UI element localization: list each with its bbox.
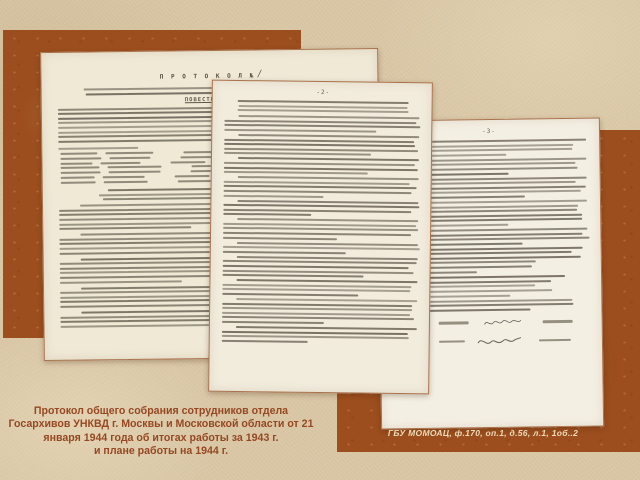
text-line bbox=[223, 223, 416, 227]
page-number: -2- bbox=[225, 88, 422, 97]
text-line bbox=[224, 185, 417, 189]
document-page-2: -2- bbox=[208, 80, 433, 395]
text-line bbox=[223, 236, 337, 239]
document-page-2-content: -2- bbox=[221, 88, 422, 387]
text-line bbox=[223, 208, 411, 212]
text-line bbox=[237, 199, 418, 203]
text-line bbox=[224, 166, 418, 170]
text-line bbox=[222, 302, 412, 306]
paragraph-lines bbox=[223, 199, 420, 217]
text-line bbox=[236, 298, 417, 302]
attendee-name bbox=[100, 161, 140, 163]
text-line bbox=[60, 324, 216, 328]
paragraph-lines bbox=[223, 176, 420, 199]
text-line bbox=[223, 227, 418, 231]
text-line bbox=[222, 312, 410, 316]
slide-caption: Протокол общего собрания сотрудников отд… bbox=[0, 405, 322, 459]
attendee-name bbox=[109, 156, 150, 159]
text-line bbox=[224, 129, 376, 133]
protocol-number-mark: / bbox=[255, 69, 261, 79]
text-line bbox=[223, 251, 346, 254]
attendee-name bbox=[61, 182, 96, 184]
text-line bbox=[237, 218, 418, 222]
paragraph-lines bbox=[223, 241, 420, 255]
text-line bbox=[59, 226, 191, 230]
text-line bbox=[223, 232, 411, 236]
text-line bbox=[405, 200, 587, 205]
slide-background: -3- П Р О Т О К О Л № / bbox=[0, 0, 640, 480]
text-line bbox=[222, 293, 358, 297]
text-line bbox=[224, 190, 412, 194]
archive-reference: ГБУ МОМОАЦ, ф.170, оп.1, д.56, л.1, 1об.… bbox=[338, 428, 628, 438]
attendee-name bbox=[109, 171, 161, 174]
text-line bbox=[223, 265, 409, 269]
text-line bbox=[223, 260, 417, 264]
typed-name-bracket bbox=[543, 320, 573, 323]
text-line bbox=[223, 274, 364, 278]
attendee-name bbox=[171, 161, 206, 163]
text-line bbox=[224, 143, 415, 147]
text-line bbox=[237, 176, 418, 180]
text-line bbox=[222, 330, 408, 334]
paragraph-lines bbox=[225, 100, 422, 114]
caption-line: Протокол общего собрания сотрудников отд… bbox=[0, 405, 322, 418]
text-line bbox=[405, 228, 587, 233]
attendee-name bbox=[61, 177, 95, 179]
text-line bbox=[406, 246, 583, 250]
caption-line: января 1944 года об итогах работы за 194… bbox=[0, 432, 322, 445]
text-line bbox=[223, 269, 414, 273]
attendee-name bbox=[60, 152, 97, 154]
typed-name-bracket bbox=[539, 339, 571, 342]
text-line bbox=[239, 105, 407, 109]
text-line bbox=[224, 152, 371, 156]
text-line bbox=[222, 284, 411, 288]
text-line bbox=[238, 100, 409, 104]
text-line bbox=[238, 134, 419, 138]
caption-line: Госархивов УНКВД г. Москвы и Московской … bbox=[0, 418, 322, 431]
text-line bbox=[223, 194, 323, 197]
text-line bbox=[237, 256, 418, 260]
text-line bbox=[237, 242, 418, 246]
text-line bbox=[222, 321, 324, 324]
text-line bbox=[223, 246, 420, 250]
signature-squiggle bbox=[483, 316, 523, 330]
text-line bbox=[222, 288, 410, 292]
paragraph-lines bbox=[222, 326, 419, 344]
attendee-name bbox=[106, 151, 154, 154]
text-line bbox=[236, 326, 417, 330]
attendee-name bbox=[60, 157, 101, 159]
text-line bbox=[238, 115, 419, 119]
paragraph-lines bbox=[224, 134, 421, 157]
paragraph-lines bbox=[223, 256, 420, 279]
text-line bbox=[60, 280, 182, 283]
text-line bbox=[224, 120, 416, 124]
text-line bbox=[405, 176, 587, 181]
text-line bbox=[222, 340, 308, 343]
text-line bbox=[224, 181, 410, 185]
attendee-name bbox=[184, 151, 214, 153]
paragraph-lines bbox=[222, 279, 419, 297]
signature-squiggle bbox=[477, 334, 523, 349]
attendee-name bbox=[103, 176, 145, 179]
typed-title bbox=[439, 340, 465, 343]
attendee-name bbox=[175, 175, 210, 177]
paragraph-lines bbox=[223, 218, 420, 241]
caption-line: и плане работы на 1944 г. bbox=[0, 445, 322, 458]
text-line bbox=[224, 171, 368, 175]
text-line bbox=[238, 109, 408, 113]
text-line bbox=[222, 335, 409, 339]
typed-title bbox=[439, 322, 469, 325]
attendee-name bbox=[103, 181, 148, 184]
text-line bbox=[60, 304, 215, 308]
text-line bbox=[224, 124, 420, 128]
text-line bbox=[236, 279, 417, 283]
text-line bbox=[224, 138, 414, 142]
text-line bbox=[238, 157, 419, 161]
attendee-name bbox=[61, 167, 100, 169]
text-line bbox=[58, 147, 138, 150]
text-line bbox=[222, 307, 412, 311]
text-line bbox=[222, 316, 414, 320]
paragraph-lines bbox=[224, 115, 421, 133]
paragraph-lines bbox=[224, 157, 421, 175]
text-line bbox=[224, 162, 415, 166]
attendee-name bbox=[60, 162, 92, 164]
attendee-name bbox=[178, 180, 214, 182]
attendee-name bbox=[107, 166, 161, 169]
attendee-name bbox=[61, 172, 101, 174]
text-line bbox=[223, 213, 311, 216]
text-line bbox=[223, 204, 419, 208]
paragraph-lines bbox=[222, 298, 419, 325]
text-line bbox=[224, 148, 418, 152]
document-body-lines bbox=[222, 100, 422, 344]
